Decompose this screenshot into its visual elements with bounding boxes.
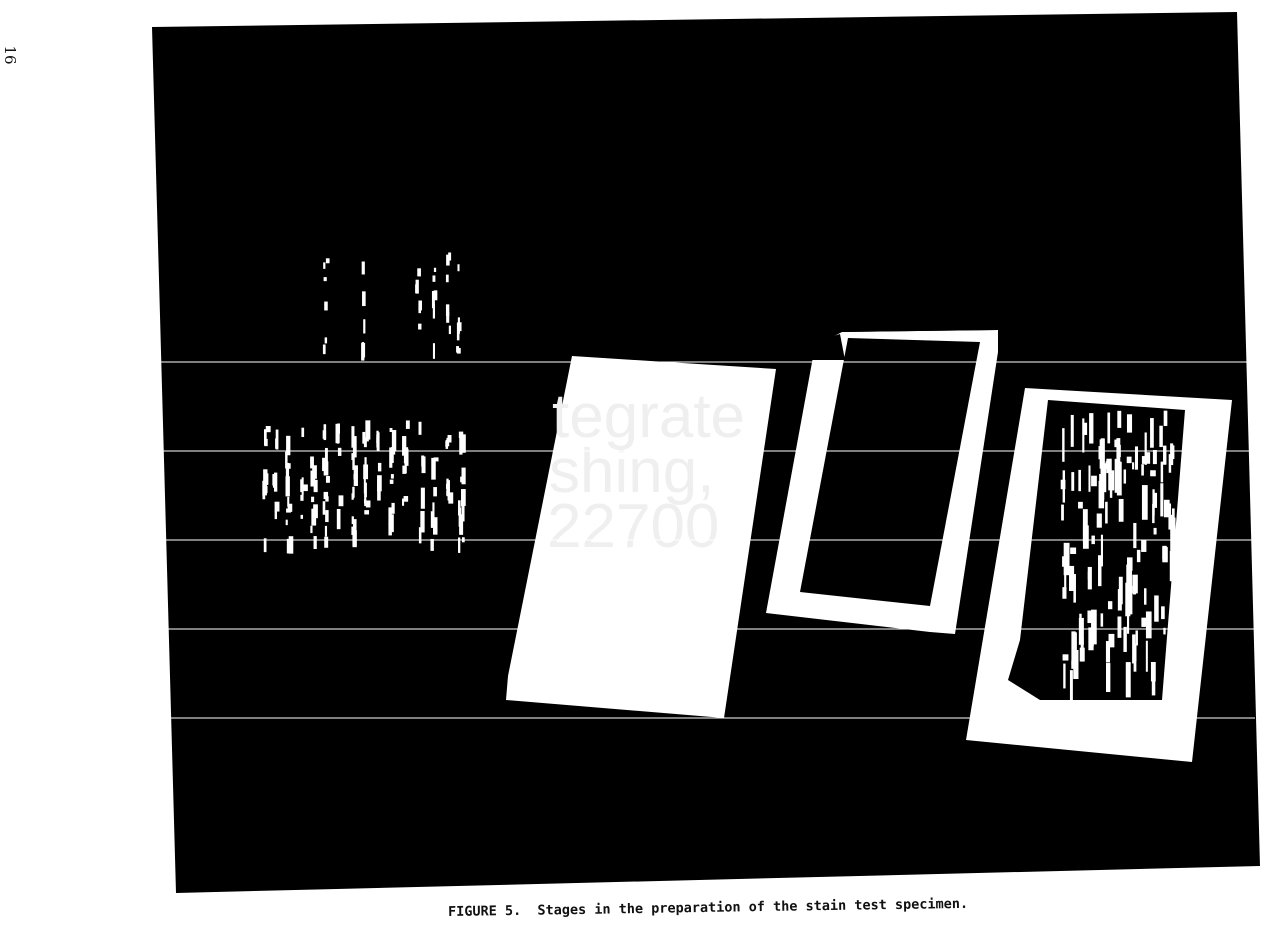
svg-text:22700: 22700 xyxy=(547,492,719,561)
figure-photograph: tegrate shing, 22700 xyxy=(0,0,1261,931)
